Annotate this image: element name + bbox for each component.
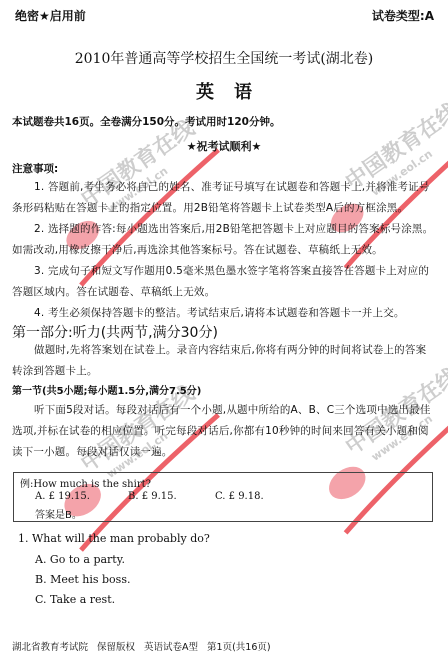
notice-title: 注意事项: <box>12 161 58 176</box>
question-1-stem: 1. What will the man probably do? <box>18 532 210 545</box>
paper-type-label: 试卷类型:A <box>372 7 434 24</box>
notice-item-3: 3. 完成句子和短文写作题用0.5毫米黑色墨水签字笔将答案直接答在答题卡上对应的… <box>12 261 436 303</box>
notice-item-4: 4. 考生必须保持答题卡的整洁。考试结束后,请将本试题卷和答题卡一并上交。 <box>12 303 436 324</box>
confidential-label: 绝密★启用前 <box>15 7 86 24</box>
question-1-option-a: A. Go to a party. <box>35 553 125 566</box>
page-footer: 湖北省教育考试院 保留版权 英语试卷A型 第1页(共16页) <box>12 639 271 653</box>
blessing-text: ★祝考试顺利★ <box>0 138 448 154</box>
exam-info: 本试题卷共16页。全卷满分150分。考试用时120分钟。 <box>12 114 280 129</box>
example-option-c: C. £ 9.18. <box>215 491 264 502</box>
example-option-a: A. £ 19.15. <box>35 491 90 502</box>
question-1-option-c: C. Take a rest. <box>35 593 115 606</box>
notice-item-1: 1. 答题前,考生务必将自己的姓名、准考证号填写在试题卷和答题卡上,并将准考证号… <box>12 177 436 219</box>
example-option-b: B. £ 9.15. <box>128 491 177 502</box>
section1-title: 第一节(共5小题;每小题1.5分,满分7.5分) <box>12 382 201 397</box>
section1-instruction: 听下面5段对话。每段对话后有一个小题,从题中所给的A、B、C三个选项中选出最佳选… <box>12 400 436 463</box>
part1-instruction: 做题时,先将答案划在试卷上。录音内容结束后,你将有两分钟的时间将试卷上的答案转涂… <box>12 340 436 382</box>
example-question: 例:How much is the shirt? <box>20 475 151 490</box>
exam-title: 2010年普通高等学校招生全国统一考试(湖北卷) <box>0 48 448 68</box>
subject-title: 英语 <box>0 78 448 104</box>
example-answer: 答案是B。 <box>35 506 82 521</box>
question-1-option-b: B. Meet his boss. <box>35 573 130 586</box>
part1-title: 第一部分:听力(共两节,满分30分) <box>12 322 218 342</box>
notice-item-2: 2. 选择题的作答:每小题选出答案后,用2B铅笔把答题卡上对应题目的答案标号涂黑… <box>12 219 436 261</box>
